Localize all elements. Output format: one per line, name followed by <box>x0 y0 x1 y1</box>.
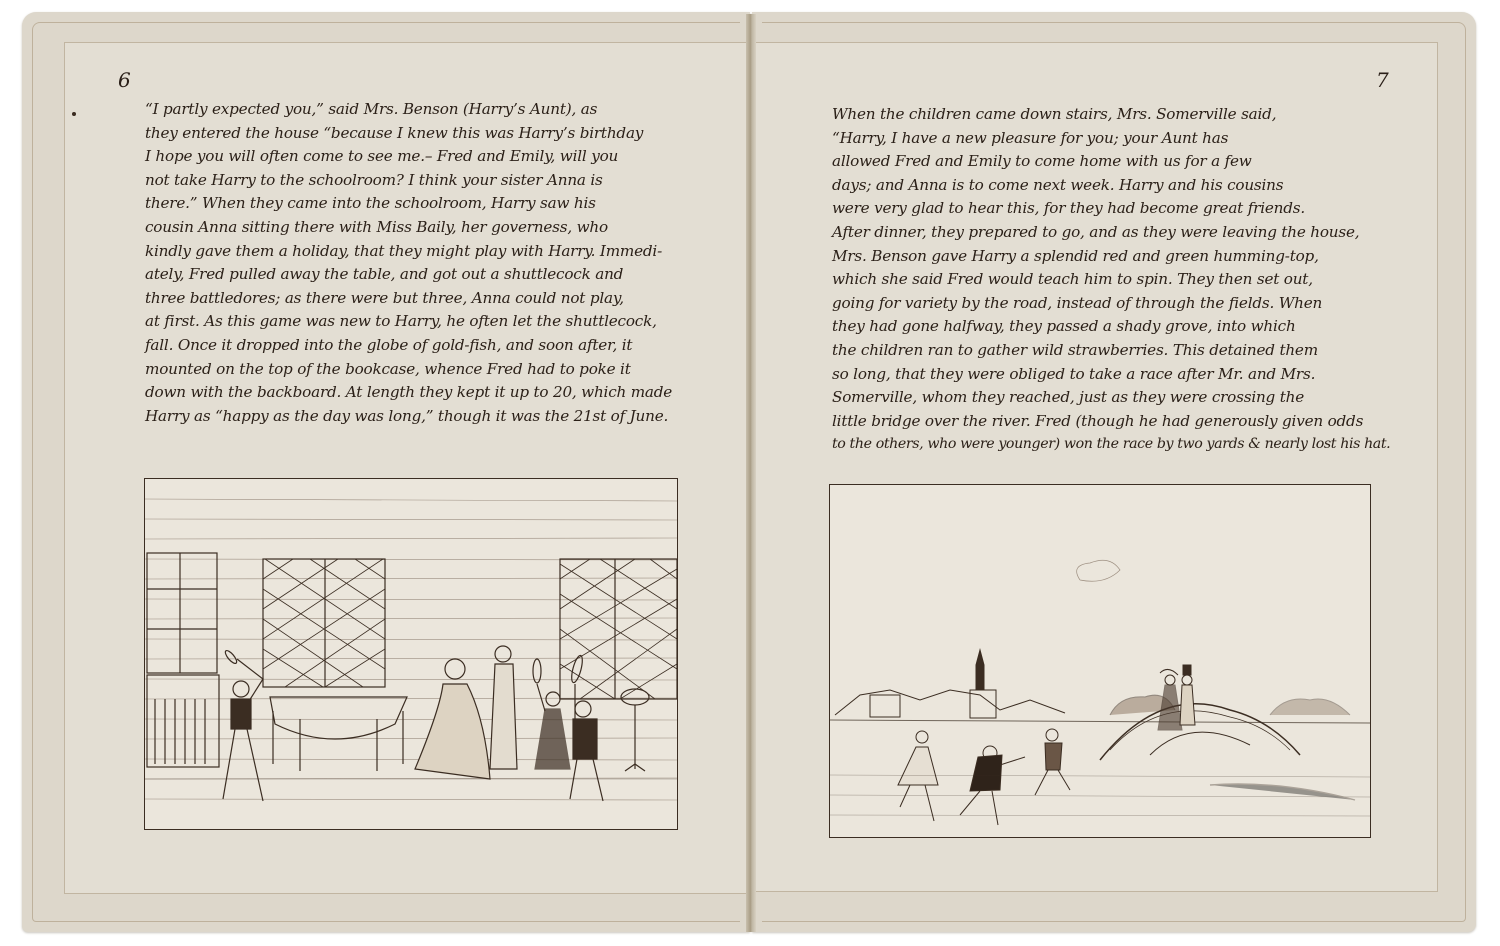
text-line: When the children came down stairs, Mrs.… <box>832 103 1382 127</box>
open-book-spread: 6 7 “I partly expected you,” said Mrs. B… <box>0 0 1500 946</box>
text-line: down with the backboard. At length they … <box>145 381 705 405</box>
text-line: After dinner, they prepared to go, and a… <box>832 221 1382 245</box>
text-line: fall. Once it dropped into the globe of … <box>145 334 705 358</box>
text-line: “Harry, I have a new pleasure for you; y… <box>832 127 1382 151</box>
text-line: the children ran to gather wild strawber… <box>832 339 1382 363</box>
text-line: to the others, who were younger) won the… <box>832 433 1382 457</box>
page-number-left: 6 <box>118 68 131 92</box>
schoolroom-drawing <box>145 479 677 829</box>
text-line: they entered the house “because I knew t… <box>145 122 705 146</box>
text-line: Somerville, whom they reached, just as t… <box>832 386 1382 410</box>
text-line: were very glad to hear this, for they ha… <box>832 197 1382 221</box>
schoolroom-illustration <box>144 478 678 830</box>
text-line: going for variety by the road, instead o… <box>832 292 1382 316</box>
book-gutter <box>746 14 756 932</box>
text-line: I hope you will often come to see me.– F… <box>145 145 705 169</box>
text-line: at first. As this game was new to Harry,… <box>145 310 705 334</box>
text-line: little bridge over the river. Fred (thou… <box>832 410 1382 434</box>
text-line: they had gone halfway, they passed a sha… <box>832 315 1382 339</box>
text-line: ately, Fred pulled away the table, and g… <box>145 263 705 287</box>
text-line: allowed Fred and Emily to come home with… <box>832 150 1382 174</box>
text-line: mounted on the top of the bookcase, when… <box>145 358 705 382</box>
text-line: days; and Anna is to come next week. Har… <box>832 174 1382 198</box>
text-line: three battledores; as there were but thr… <box>145 287 705 311</box>
text-line: Mrs. Benson gave Harry a splendid red an… <box>832 245 1382 269</box>
ink-speck <box>72 112 76 116</box>
text-line: which she said Fred would teach him to s… <box>832 268 1382 292</box>
text-line: “I partly expected you,” said Mrs. Benso… <box>145 98 705 122</box>
page-number-right: 7 <box>1376 68 1389 92</box>
left-page-text: “I partly expected you,” said Mrs. Benso… <box>145 98 705 428</box>
text-line: not take Harry to the schoolroom? I thin… <box>145 169 705 193</box>
text-line: Harry as “happy as the day was long,” th… <box>145 405 705 429</box>
bridge-landscape-illustration <box>829 484 1371 838</box>
right-page-text: When the children came down stairs, Mrs.… <box>832 103 1382 457</box>
text-line: there.” When they came into the schoolro… <box>145 192 705 216</box>
text-line: kindly gave them a holiday, that they mi… <box>145 240 705 264</box>
text-line: so long, that they were obliged to take … <box>832 363 1382 387</box>
bridge-landscape-drawing <box>830 485 1370 837</box>
text-line: cousin Anna sitting there with Miss Bail… <box>145 216 705 240</box>
